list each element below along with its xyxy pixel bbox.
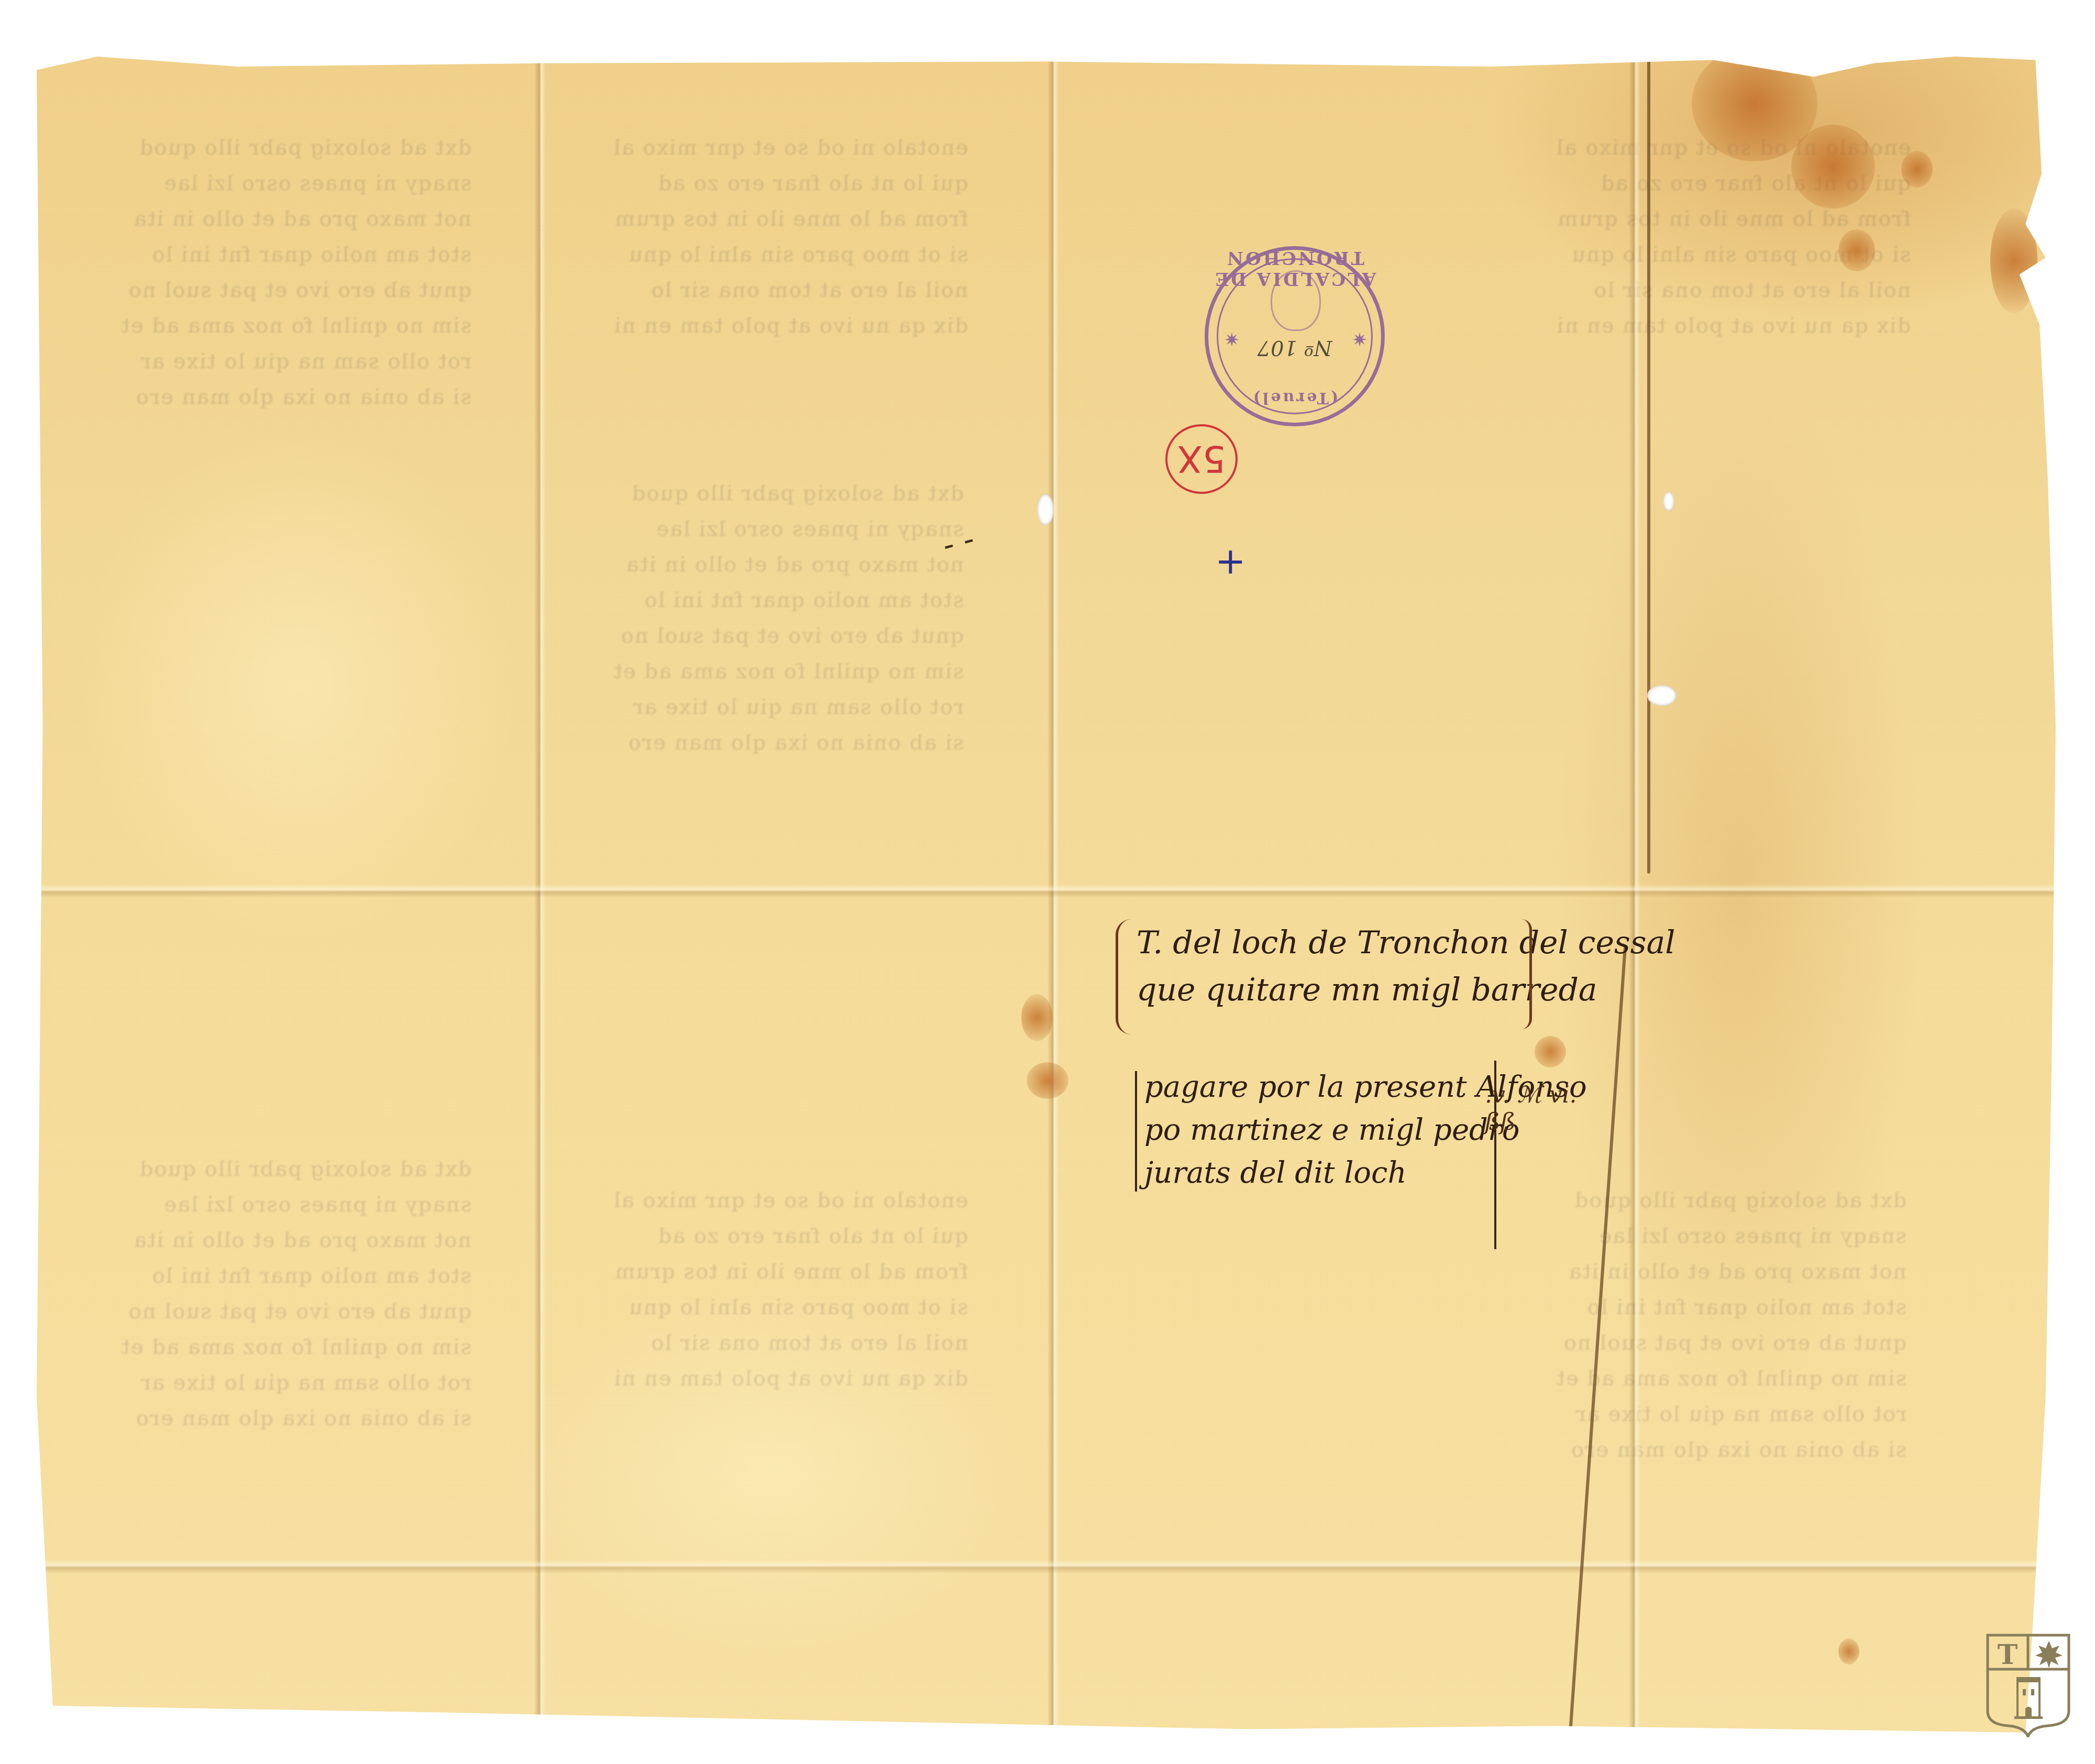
crease-tear-upper <box>1647 57 1650 874</box>
endorsement-title: T. del loch de Tronchon del cessal que q… <box>1137 919 1675 1013</box>
amount-numeral: .v. ℳ vi. <box>1485 1082 1577 1109</box>
water-stain <box>1791 125 1875 208</box>
bleed-through-text-right-lower: dxt ad soloxig pabr illo quod snaqy ni p… <box>1556 1183 1906 1468</box>
ink-blot <box>1021 994 1053 1041</box>
municipal-stamp: (Teruel) ALCALDIA DE TRONCHON Nº 107 ✷ ✷ <box>1205 246 1385 426</box>
bracket-right <box>1519 919 1532 1029</box>
bleed-through-text-center: enotalo ni od so et qnr mixo al qui lo n… <box>613 130 968 344</box>
endorsement-line: jurats del dit loch <box>1144 1152 1587 1195</box>
ink-blot <box>1027 1062 1068 1099</box>
svg-text:T: T <box>1998 1639 2018 1671</box>
fold-line-horizontal-lower <box>37 1560 2056 1573</box>
endorsement-line: que quitare mn migl barreda <box>1137 966 1675 1013</box>
endorsement-line: T. del loch de Tronchon del cessal <box>1137 919 1675 966</box>
coat-of-arms-icon: T <box>1985 1633 2071 1737</box>
bleed-through-text-center-3: enotalo ni od so et qnr mixo al qui lo n… <box>613 1183 968 1396</box>
worm-hole <box>1663 491 1674 511</box>
bleed-through-text-center-2: dxt ad soloxig pabr illo quod snaqy ni p… <box>613 476 964 760</box>
bleed-through-text-left-lower: dxt ad soloxig pabr illo quod snaqy ni p… <box>120 1151 471 1436</box>
fold-line-horizontal <box>37 884 2056 898</box>
blue-cross-mark: + <box>1215 539 1246 582</box>
margin-rule-left <box>1135 1071 1137 1192</box>
water-stain <box>1838 229 1875 271</box>
parchment-sheet: dxt ad soloxig pabr illo quod snaqy ni p… <box>37 57 2056 1733</box>
stamp-crest-icon <box>1271 270 1321 331</box>
star-icon: ✷ <box>1352 328 1368 349</box>
ink-blot <box>1535 1036 1566 1067</box>
bleed-through-text-left: dxt ad soloxig pabr illo quod snaqy ni p… <box>120 130 471 415</box>
amount-unit: ßß <box>1485 1109 1577 1136</box>
water-stain <box>1838 1638 1859 1664</box>
stamp-subtitle: (Teruel) <box>1208 389 1381 407</box>
bracket-left <box>1116 919 1134 1034</box>
red-circled-annotation: 5X <box>1165 424 1238 494</box>
star-icon: ✷ <box>1224 328 1240 349</box>
worm-hole <box>1647 685 1677 706</box>
water-stain <box>1990 208 2037 313</box>
worm-hole <box>1037 494 1054 525</box>
amount-note: .v. ℳ vi. ßß <box>1485 1082 1577 1136</box>
water-stain <box>1901 151 1933 188</box>
